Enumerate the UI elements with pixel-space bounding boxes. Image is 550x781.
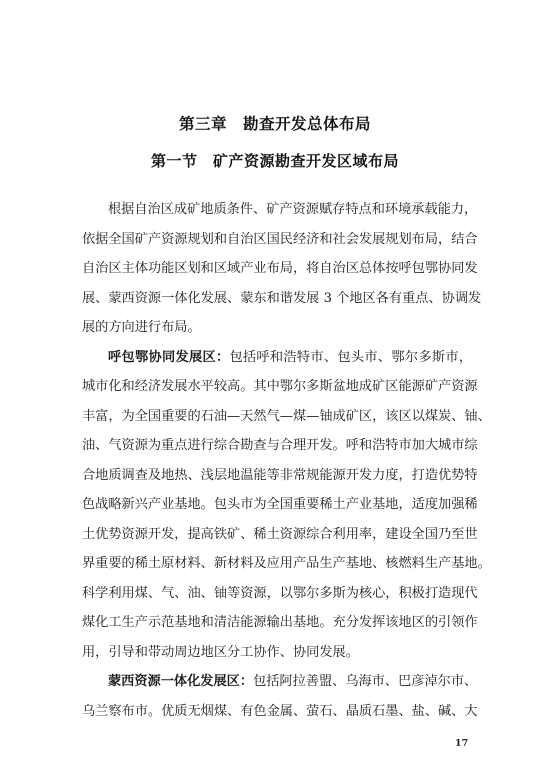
text-line: 根据自治区成矿地质条件、矿产资源赋存特点和环境承载能力， [82,195,472,225]
text-line: 土优势资源开发，提高铁矿、稀土资源综合利用率，建设全国乃至世 [82,520,472,550]
text-line: 城市化和经济发展水平较高。其中鄂尔多斯盆地成矿区能源矿产资源 [82,372,472,402]
chapter-title: 第三章 勘查开发总体布局 [0,112,550,134]
text-line: 乌兰察布市。优质无烟煤、有色金属、萤石、晶质石墨、盐、碱、大 [82,697,472,727]
page-number: 17 [455,738,468,749]
text-line: 煤化工生产示范基地和清洁能源输出基地。充分发挥该地区的引领作 [82,608,472,638]
text-line: 丰富，为全国重要的石油—天然气—煤—铀成矿区，该区以煤炭、铀、 [82,402,472,432]
text-line: 展、蒙西资源一体化发展、蒙东和谐发展 3 个地区各有重点、协调发 [82,284,472,314]
paragraph-lead-line: 呼包鄂协同发展区：包括呼和浩特市、包头市、鄂尔多斯市， [82,343,472,373]
text-line: 用，引导和带动周边地区分工协作、协同发展。 [82,638,472,668]
section-title: 第一节 矿产资源勘查开发区域布局 [0,150,550,171]
text-line: 科学利用煤、气、油、铀等资源，以鄂尔多斯为核心，积极打造现代 [82,579,472,609]
paragraph-lead-heading: 呼包鄂协同发展区： [108,350,229,365]
text-line: 合地质调查及地热、浅层地温能等非常规能源开发力度，打造优势特 [82,461,472,491]
document-page: 第三章 勘查开发总体布局 第一节 矿产资源勘查开发区域布局 根据自治区成矿地质条… [0,0,550,781]
text-line: 展的方向进行布局。 [82,313,472,343]
text-line: 色战略新兴产业基地。包头市为全国重要稀土产业基地，适度加强稀 [82,490,472,520]
paragraph-lead-line: 蒙西资源一体化发展区：包括阿拉善盟、乌海市、巴彦淖尔市、 [82,667,472,697]
paragraph-lead-text: 包括阿拉善盟、乌海市、巴彦淖尔市、 [253,674,477,689]
paragraph-lead-text: 包括呼和浩特市、包头市、鄂尔多斯市， [229,350,472,365]
text-line: 依据全国矿产资源规划和自治区国民经济和社会发展规划布局，结合 [82,225,472,255]
body-text: 根据自治区成矿地质条件、矿产资源赋存特点和环境承载能力， 依据全国矿产资源规划和… [82,195,472,726]
text-line: 油、气资源为重点进行综合勘查与合理开发。呼和浩特市加大城市综 [82,431,472,461]
text-line: 界重要的稀土原材料、新材料及应用产品生产基地、核燃料生产基地。 [82,549,472,579]
paragraph-lead-heading: 蒙西资源一体化发展区： [108,674,253,689]
text-line: 自治区主体功能区划和区域产业布局，将自治区总体按呼包鄂协同发 [82,254,472,284]
